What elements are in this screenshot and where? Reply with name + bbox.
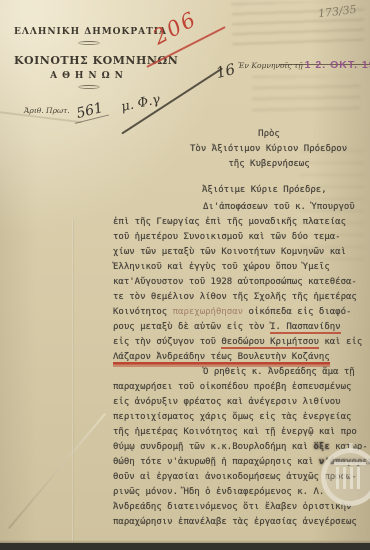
letter-text: θύμῳ συνδρομῇ τῶν κ.κ.Βουρλοδήμη καὶ xyxy=(113,442,313,452)
letter-text-ru: Ἰ. Πασπανίδην xyxy=(270,322,340,332)
letter-line: τῆς ἡμετέρας Κοινότητος καὶ τῇ ἐνεργῷ κα… xyxy=(113,425,367,440)
letter-line: τε τὸν θεμέλιον λίθον τῆς Σχολῆς τῆς ἡμε… xyxy=(113,290,367,305)
letter-text: εἰς τὴν σύζυγον τοῦ xyxy=(113,337,221,347)
letter-line: χίων τῶν μεταξὺ τῶν Κοινοτήτων Κομνηνῶν … xyxy=(113,245,367,260)
letter-line: εἰς ἀνόρυξιν φρέατος καὶ ἀνέγερσιν λιθίν… xyxy=(113,395,367,410)
protocol-number-handwritten: 561 xyxy=(71,99,109,124)
letterhead-state: ΕΛΛΗΝΙΚΗ ΔΗΜΟΚΡΑΤΙΑ xyxy=(14,27,164,37)
letter-line: Λάζαρον Ἀνδρεάδην τέως Βουλευτὴν Κοζάνης xyxy=(113,350,367,365)
letter-text: ρινῶς μόνον. Ἤδη ὁ ἐνδιαφερόμενος κ. Λ. xyxy=(113,487,324,497)
letter-line: Ἑλληνικοῦ καὶ ἐγγὺς τοῦ χώρου ὅπου Ὑμεῖς xyxy=(113,260,367,275)
salutation: Ἀξιότιμε Κύριε Πρόεδρε, xyxy=(202,185,327,195)
letterhead-city: ΑΘΗΝΩΝ xyxy=(14,71,164,81)
letter-line: ρους μεταξὺ δὲ αὐτῶν εἰς τὸν Ἰ. Πασπανίδ… xyxy=(113,320,367,335)
dateline: Ἐν Κομνηνοῖς τῇ1 2. ΟΚΤ. 1932193 xyxy=(238,53,370,72)
letter-text: Ἀνδρεάδης διατεινόμενος ὅτι ἔλαβεν ὁριστ… xyxy=(113,502,351,512)
letter-text: χίων τῶν μεταξὺ τῶν Κοινοτήτων Κομνηνῶν … xyxy=(113,247,346,257)
letter-text-ru: Θεοδώρου Κριμήτσου xyxy=(221,337,319,347)
letter-line: κατ'Αὔγουστον τοῦ 1928 αὐτοπροσώπως κατε… xyxy=(113,275,367,290)
letter-text: εἰς ἀνόρυξιν φρέατος καὶ ἀνέγερσιν λιθίν… xyxy=(113,397,341,407)
address-organization: τῆς Κυβερνήσεως xyxy=(190,157,348,172)
paper-crease xyxy=(72,220,74,542)
letter-text: παραχώρησιν ἐπανέλαβε τὰς ἐργασίας ἀνεγέ… xyxy=(113,517,357,527)
letter-text: ρους μεταξὺ δὲ αὐτῶν εἰς τὸν xyxy=(113,322,270,332)
date-stamp: 1 2. ΟΚΤ. 1932 xyxy=(305,59,370,71)
letter-line: Κοινότητος παρεχωρήθησαν οἰκόπεδα εἰς δι… xyxy=(113,305,367,320)
letter-line: εἰς τὴν σύζυγον τοῦ Θεοδώρου Κριμήτσου κ… xyxy=(113,335,367,350)
letter-text: καὶ εἰς xyxy=(319,337,362,347)
archive-watermark-stamp xyxy=(321,448,370,506)
scan-bottom-edge xyxy=(0,543,370,550)
letter-text: τε τὸν θεμέλιον λίθον τῆς Σχολῆς τῆς ἡμε… xyxy=(113,292,357,302)
letter-line: παραχωρήσει τοῦ οἰκοπέδου προέβη ἐσπευσμ… xyxy=(113,380,367,395)
letter-text-fade: παρεχωρήθησαν xyxy=(173,307,243,317)
bleedthrough-ghost-text xyxy=(252,76,360,112)
address-recipient: Τὸν Ἀξιότιμον Κύριον Πρόεδρον xyxy=(190,142,348,157)
letter-text-ru2: Λάζαρον Ἀνδρεάδην τέως Βουλευτὴν Κοζάνης xyxy=(113,352,330,362)
letter-text: Ὁ ρηθεὶς κ. Ἀνδρεάδης ἅμα τῇ xyxy=(203,367,355,377)
letter-text: οἰκόπεδα εἰς διαφό- xyxy=(243,307,351,317)
protocol-label: Ἀριθ. Πρωτ. xyxy=(24,106,70,115)
letter-text: Ἑλληνικοῦ καὶ ἐγγὺς τοῦ χώρου ὅπου Ὑμεῖς xyxy=(113,262,330,272)
date-stamp-wrap: 1 2. ΟΚΤ. 1932 xyxy=(305,53,370,72)
handwritten-number: 16 xyxy=(214,60,237,82)
letterhead-community: ΚΟΙΝΟΤΗΣ ΚΟΜΝΗΝΩΝ xyxy=(14,54,164,67)
letter-line: τοῦ ἡμετέρου Συνοικισμοῦ καὶ τῶν δύο τεμ… xyxy=(113,230,367,245)
address-to: Πρὸς xyxy=(190,127,348,142)
dateline-place-printed: Ἐν Κομνηνοῖς τῇ xyxy=(238,61,303,70)
letter-text: κατ'Αὔγουστον τοῦ 1928 αὐτοπροσώπως κατε… xyxy=(113,277,357,287)
letter-line: Ἀνδρεάδης διατεινόμενος ὅτι ἔλαβεν ὁριστ… xyxy=(113,500,367,515)
ornament-divider xyxy=(78,41,100,45)
letter-line: ἐπὶ τῆς Γεωργίας ἐπὶ τῆς μοναδικῆς πλατε… xyxy=(113,215,367,230)
letter-line: θύμῳ συνδρομῇ τῶν κ.κ.Βουρλοδήμη καὶ ὅξε… xyxy=(113,440,367,455)
letter-text: παραχωρήσει τοῦ οἰκοπέδου προέβη ἐσπευσμ… xyxy=(113,382,351,392)
letter-line: παραχώρησιν ἐπανέλαβε τὰς ἐργασίας ἀνεγέ… xyxy=(113,515,367,530)
letter-text: τῆς ἡμετέρας Κοινότητος καὶ τῇ ἐνεργῷ κα… xyxy=(113,427,357,437)
address-block: Πρὸς Τὸν Ἀξιότιμον Κύριον Πρόεδρον τῆς Κ… xyxy=(190,127,348,172)
watermark-stem xyxy=(349,443,353,451)
watermark-columns-glyph xyxy=(336,467,364,489)
ornament-divider xyxy=(78,85,100,89)
letter-line: Ὁ ρηθεὶς κ. Ἀνδρεάδης ἅμα τῇ xyxy=(113,365,367,380)
letter-text: Κοινότητος xyxy=(113,307,173,317)
letter-text: Δι'ἀποφάσεων τοῦ κ. Ὑπουργοῦ xyxy=(203,202,355,212)
letter-text: τοῦ ἡμετέρου Συνοικισμοῦ καὶ τῶν δύο τεμ… xyxy=(113,232,341,242)
letter-line: περιτοιχίσματος χάρις ὅμως εἰς τὰς ἐνεργ… xyxy=(113,410,367,425)
watermark-bar xyxy=(334,462,366,465)
letter-text: περιτοιχίσματος χάρις ὅμως εἰς τὰς ἐνεργ… xyxy=(113,412,351,422)
letter-text: θώθη τότε ν'ἀκυρωθῇ ἡ παραχώρησις καὶ xyxy=(113,457,319,467)
letter-text-smudge: ὅξε xyxy=(313,442,329,452)
document-scan: { "colors": { "paper": "#d6caa7", "typew… xyxy=(0,0,370,550)
letter-text: ἐπὶ τῆς Γεωργίας ἐπὶ τῆς μοναδικῆς πλατε… xyxy=(113,217,346,227)
paper-crease xyxy=(8,413,106,529)
letter-line: Δι'ἀποφάσεων τοῦ κ. Ὑπουργοῦ xyxy=(113,200,367,215)
